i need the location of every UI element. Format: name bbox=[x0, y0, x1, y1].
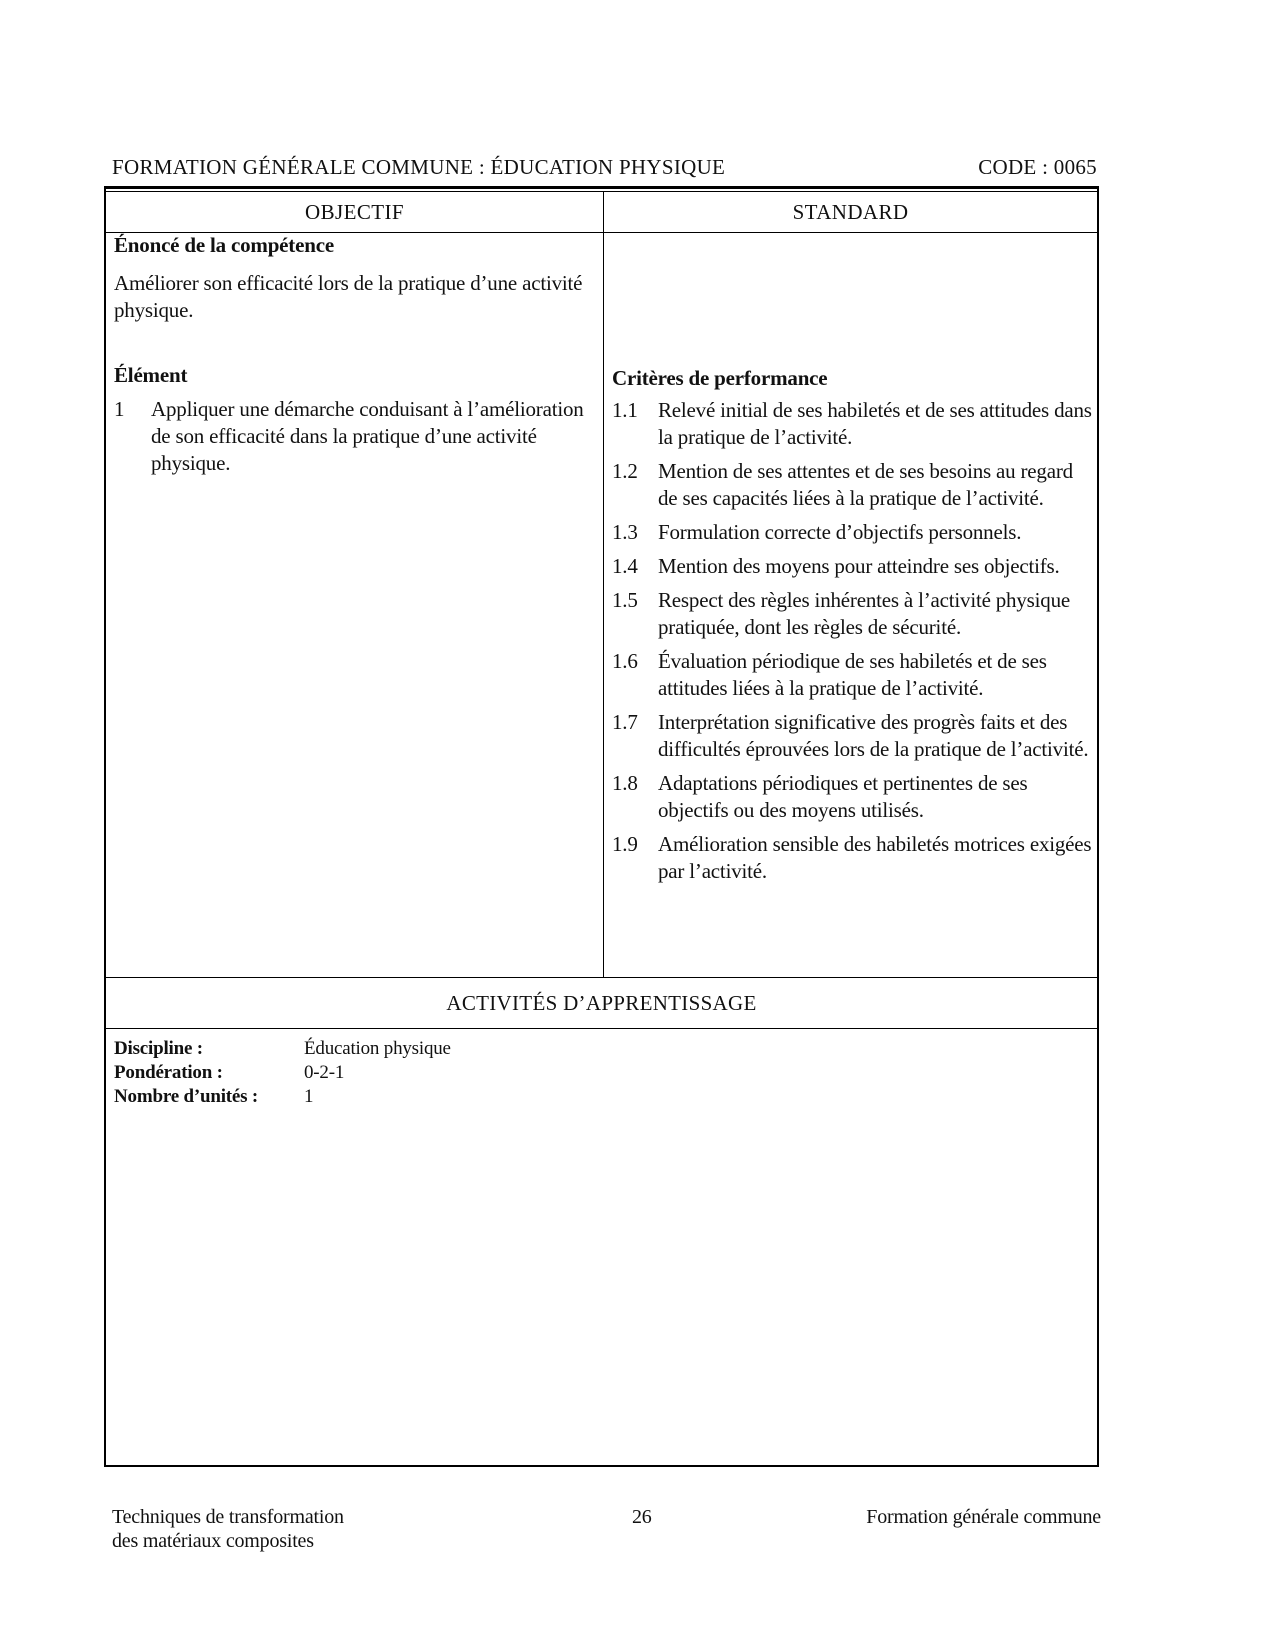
enonce-title: Énoncé de la compétence bbox=[114, 233, 334, 258]
criterion-number: 1.3 bbox=[612, 519, 658, 546]
criterion-text: Évaluation périodique de ses habiletés e… bbox=[658, 648, 1097, 702]
meta-value: 0-2-1 bbox=[304, 1061, 344, 1085]
meta-label: Discipline : bbox=[114, 1037, 304, 1061]
footer-section: Formation générale commune bbox=[866, 1505, 1101, 1529]
page-number: 26 bbox=[632, 1505, 652, 1529]
standard-column: Critères de performance 1.1Relevé initia… bbox=[604, 233, 1097, 977]
meta-row: Pondération :0-2-1 bbox=[114, 1061, 451, 1085]
criterion-number: 1.2 bbox=[612, 458, 658, 512]
footer-program-line1: Techniques de transformation bbox=[112, 1505, 412, 1529]
criterion-item: 1.8Adaptations périodiques et pertinente… bbox=[612, 770, 1097, 824]
criterion-text: Mention des moyens pour atteindre ses ob… bbox=[658, 553, 1097, 580]
criterion-item: 1.9Amélioration sensible des habiletés m… bbox=[612, 831, 1097, 885]
criterion-number: 1.6 bbox=[612, 648, 658, 702]
element-title: Élément bbox=[114, 363, 187, 388]
page-header: FORMATION GÉNÉRALE COMMUNE : ÉDUCATION P… bbox=[112, 155, 1097, 180]
criterion-item: 1.7Interprétation significative des prog… bbox=[612, 709, 1097, 763]
meta-value: 1 bbox=[304, 1085, 313, 1109]
meta-value: Éducation physique bbox=[304, 1037, 451, 1061]
criterion-item: 1.4Mention des moyens pour atteindre ses… bbox=[612, 553, 1097, 580]
objectif-column: Énoncé de la compétence Améliorer son ef… bbox=[106, 233, 604, 977]
footer-program: Techniques de transformation des matéria… bbox=[112, 1505, 412, 1553]
course-code: CODE : 0065 bbox=[978, 155, 1097, 180]
element-number: 1 bbox=[114, 396, 151, 477]
criterion-number: 1.5 bbox=[612, 587, 658, 641]
criterion-text: Respect des règles inhérentes à l’activi… bbox=[658, 587, 1097, 641]
page-title: FORMATION GÉNÉRALE COMMUNE : ÉDUCATION P… bbox=[112, 155, 725, 180]
meta-label: Nombre d’unités : bbox=[114, 1085, 304, 1109]
meta-row: Discipline :Éducation physique bbox=[114, 1037, 451, 1061]
enonce-text: Améliorer son efficacité lors de la prat… bbox=[114, 270, 584, 324]
criterion-number: 1.8 bbox=[612, 770, 658, 824]
footer-program-line2: des matériaux composites bbox=[112, 1529, 412, 1553]
element-text: Appliquer une démarche conduisant à l’am… bbox=[151, 396, 594, 477]
meta-row: Nombre d’unités :1 bbox=[114, 1085, 451, 1109]
column-header-standard: STANDARD bbox=[604, 192, 1097, 232]
criteria-title: Critères de performance bbox=[612, 366, 827, 391]
criterion-text: Formulation correcte d’objectifs personn… bbox=[658, 519, 1097, 546]
column-header-objectif: OBJECTIF bbox=[106, 192, 604, 232]
criterion-item: 1.1Relevé initial de ses habiletés et de… bbox=[612, 397, 1097, 451]
element-item: 1 Appliquer une démarche conduisant à l’… bbox=[114, 396, 594, 477]
criterion-number: 1.9 bbox=[612, 831, 658, 885]
criterion-item: 1.2Mention de ses attentes et de ses bes… bbox=[612, 458, 1097, 512]
table-body-row: Énoncé de la compétence Améliorer son ef… bbox=[106, 233, 1097, 978]
criterion-number: 1.7 bbox=[612, 709, 658, 763]
criterion-item: 1.6Évaluation périodique de ses habileté… bbox=[612, 648, 1097, 702]
criterion-item: 1.5Respect des règles inhérentes à l’act… bbox=[612, 587, 1097, 641]
criterion-item: 1.3Formulation correcte d’objectifs pers… bbox=[612, 519, 1097, 546]
criterion-text: Interprétation significative des progrès… bbox=[658, 709, 1097, 763]
meta-label: Pondération : bbox=[114, 1061, 304, 1085]
competency-table: OBJECTIF STANDARD Énoncé de la compétenc… bbox=[104, 186, 1099, 1467]
course-meta: Discipline :Éducation physiquePondératio… bbox=[114, 1037, 451, 1109]
criterion-text: Relevé initial de ses habiletés et de se… bbox=[658, 397, 1097, 451]
criterion-number: 1.1 bbox=[612, 397, 658, 451]
criterion-text: Adaptations périodiques et pertinentes d… bbox=[658, 770, 1097, 824]
criterion-text: Amélioration sensible des habiletés motr… bbox=[658, 831, 1097, 885]
criteria-list: 1.1Relevé initial de ses habiletés et de… bbox=[612, 397, 1097, 892]
criterion-text: Mention de ses attentes et de ses besoin… bbox=[658, 458, 1097, 512]
table-header-row: OBJECTIF STANDARD bbox=[106, 192, 1097, 233]
activities-title: ACTIVITÉS D’APPRENTISSAGE bbox=[106, 978, 1097, 1029]
criterion-number: 1.4 bbox=[612, 553, 658, 580]
